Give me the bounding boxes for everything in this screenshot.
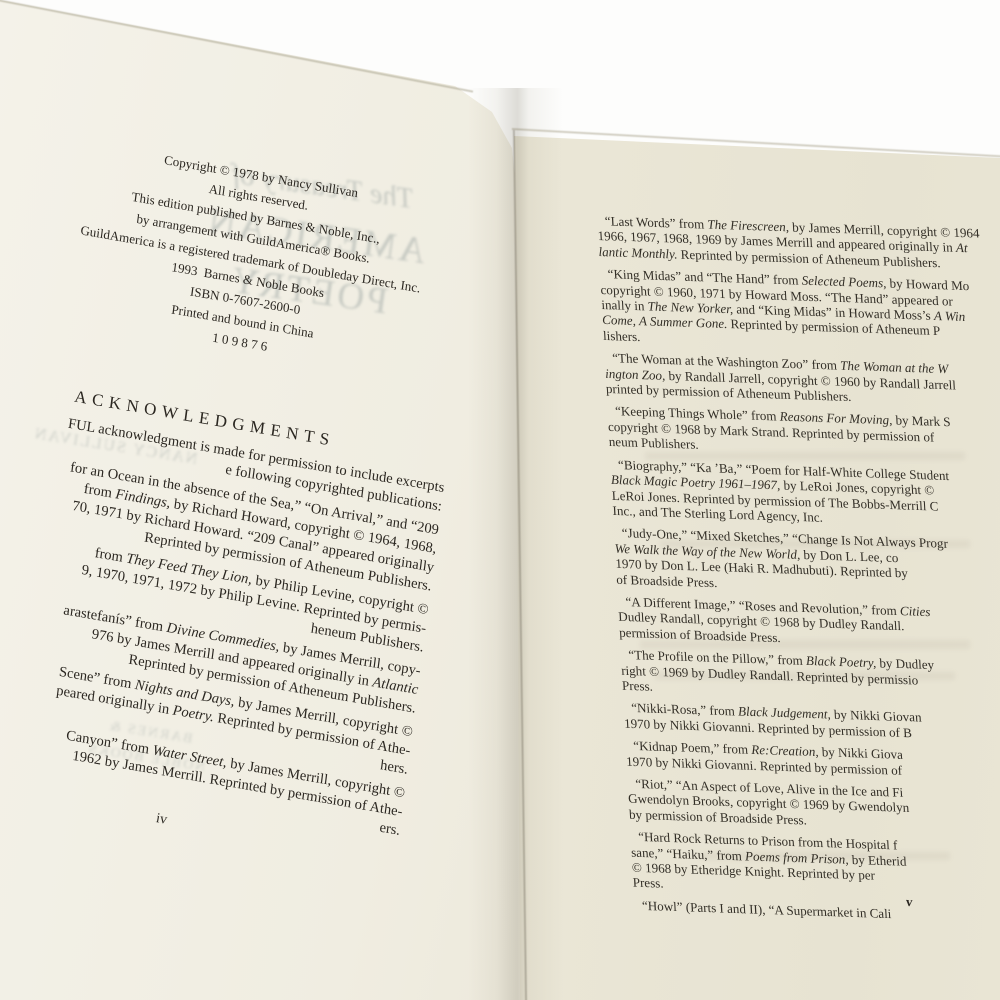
book-photo: The Treasury ofAMERICANPOETRY NANCY SULL… <box>0 0 1000 1000</box>
left-page-content: Copyright © 1978 by Nancy SullivanAll ri… <box>0 108 481 841</box>
right-page-number: v <box>906 894 913 910</box>
right-page-content: “Last Words” from The Firescreen, by Jam… <box>596 206 1000 927</box>
